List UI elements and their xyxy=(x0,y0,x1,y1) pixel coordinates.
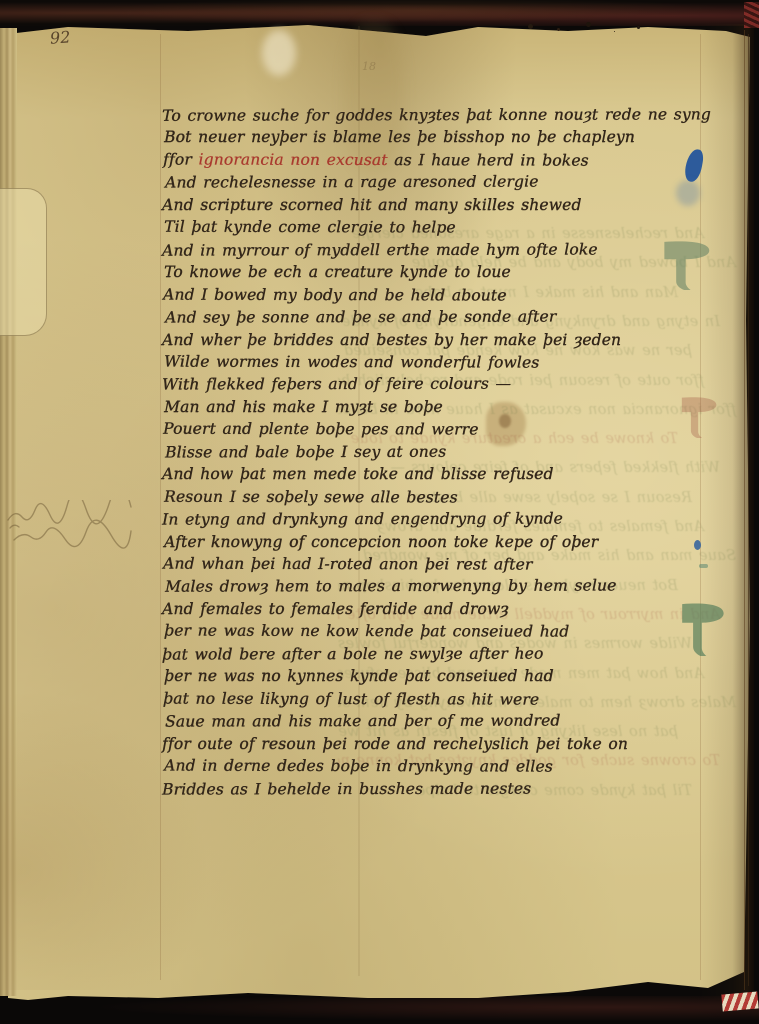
manuscript-line: ffor oute of resoun þei rode and rechely… xyxy=(162,735,628,758)
endband-stitching xyxy=(721,991,758,1011)
manuscript-line: And scripture scorned hit and many skill… xyxy=(162,196,581,219)
bleed-paraph-green-icon xyxy=(680,602,728,656)
chalk-smudge xyxy=(262,30,296,76)
manuscript-line: And how þat men mede toke and blisse ref… xyxy=(162,465,553,488)
manuscript-line: Saue man and his make and þer of me wond… xyxy=(165,712,560,736)
manuscript-line: Til þat kynde come clergie to helpe xyxy=(164,218,456,242)
manuscript-line: Blisse and bale boþe I sey at ones xyxy=(165,442,446,466)
manuscript-line: And in derne dedes boþe in drynkyng and … xyxy=(164,757,553,781)
manuscript-line: Males drowȝ hem to males a morwenyng by … xyxy=(165,577,616,601)
book-binding-bottom xyxy=(0,996,759,1024)
manuscript-line: þat wold bere after a bole ne swylȝe aft… xyxy=(162,644,543,668)
ink-specks xyxy=(528,24,533,29)
ruling-line-left xyxy=(160,34,161,980)
bleed-paraph-red-icon xyxy=(680,396,720,438)
page-edge-line xyxy=(748,34,749,986)
marginal-annotation-scribble xyxy=(4,500,138,560)
bleed-paraph-green-icon xyxy=(662,240,714,290)
teal-ink-dash xyxy=(699,564,708,568)
manuscript-line: þer ne was no kynnes kynde þat conseiued… xyxy=(164,667,554,690)
manuscript-line: To knowe be ech a creature kynde to loue xyxy=(164,263,511,286)
manuscript-line: After knowyng of concepcion noon toke ke… xyxy=(164,533,598,556)
manuscript-line: Man and his make I myȝt se boþe xyxy=(164,398,443,421)
manuscript-line: With flekked feþers and of feire colours… xyxy=(162,375,511,399)
manuscript-line: And whan þei had I-roted anon þei rest a… xyxy=(163,555,532,579)
rubricated-text: ignorancia non excusat xyxy=(198,150,387,168)
manuscript-text-block: To crowne suche for goddes knyȝtes þat k… xyxy=(162,106,748,816)
manuscript-line: And females to females ferdide and drowȝ xyxy=(162,600,509,623)
blue-ink-smudge xyxy=(676,180,700,206)
top-center-mark: 18 xyxy=(362,60,376,73)
manuscript-line: And rechelesnesse in a rage aresoned cle… xyxy=(165,173,538,197)
blue-ink-dot xyxy=(694,540,701,550)
manuscript-line: And I bowed my body and be held aboute xyxy=(163,285,507,309)
manuscript-photograph: 92 18 And rechelesnesse in a rage areson… xyxy=(0,0,759,1024)
manuscript-line: Bot neuer neyþer is blame les þe bisshop… xyxy=(164,128,635,151)
manuscript-line: þer ne was kow ne kow kende þat conseiue… xyxy=(164,622,569,646)
manuscript-line: ffor ignorancia non excusat as I haue he… xyxy=(163,150,589,174)
parchment-tab xyxy=(0,188,47,336)
manuscript-line: And in myrrour of myddell erthe made hym… xyxy=(162,240,598,264)
manuscript-line: Wilde wormes in wodes and wonderful fowl… xyxy=(164,352,539,376)
manuscript-line: In etyng and drynkyng and engendryng of … xyxy=(162,510,563,534)
manuscript-line: Pouert and plente boþe pes and werre xyxy=(163,420,479,444)
folio-number: 92 xyxy=(49,27,71,47)
manuscript-line: And wher þe briddes and bestes by her ma… xyxy=(162,331,621,354)
manuscript-line: Resoun I se soþely sewe alle bestes xyxy=(164,487,458,511)
manuscript-line: þat no lese likyng of lust of flesth as … xyxy=(163,689,539,713)
manuscript-line: To crowne suche for goddes knyȝtes þat k… xyxy=(162,105,711,129)
manuscript-line: Briddes as I behelde in busshes made nes… xyxy=(162,779,531,803)
manuscript-line: And sey þe sonne and þe se and þe sonde … xyxy=(165,308,556,332)
binding-threads xyxy=(744,2,759,28)
